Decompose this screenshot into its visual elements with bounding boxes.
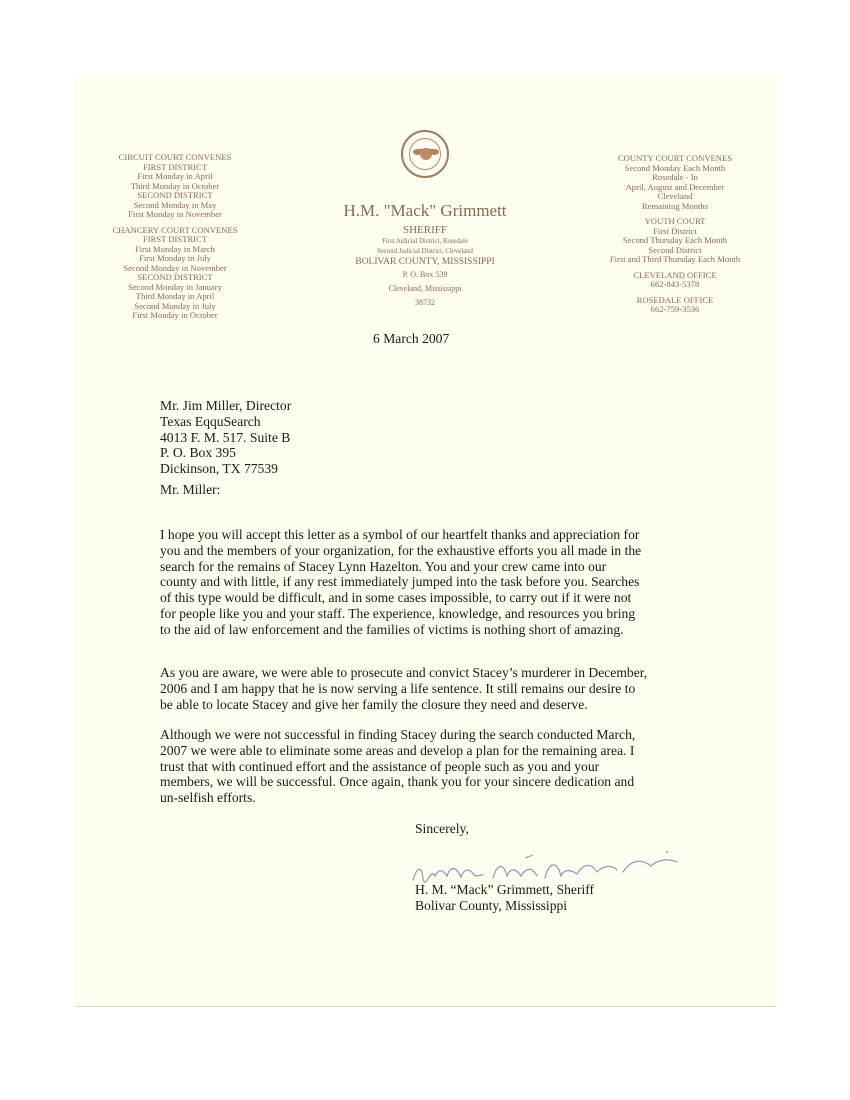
lh-line: First and Third Thursday Each Month bbox=[595, 255, 755, 265]
salutation: Mr. Miller: bbox=[160, 482, 220, 498]
closing: Sincerely, bbox=[415, 821, 469, 837]
po-box: P. O. Box 539 bbox=[305, 268, 545, 281]
body-paragraph-3: Although we were not successful in findi… bbox=[160, 727, 700, 806]
sheriff-title: SHERIFF bbox=[305, 224, 545, 236]
circuit-court-block: CIRCUIT COURT CONVENES FIRST DISTRICT Fi… bbox=[100, 153, 250, 220]
recipient-address: Mr. Jim Miller, Director Texas EqquSearc… bbox=[160, 398, 291, 477]
cleveland-office-block: CLEVELAND OFFICE 662-843-5378 bbox=[595, 271, 755, 290]
body-paragraph-2: As you are aware, we were able to prosec… bbox=[160, 665, 700, 712]
district-line-2: Second Judicial District, Cleveland bbox=[305, 248, 545, 256]
body-paragraph-1: I hope you will accept this letter as a … bbox=[160, 527, 700, 638]
lh-line: First Monday in October bbox=[100, 311, 250, 321]
chancery-court-block: CHANCERY COURT CONVENES FIRST DISTRICT F… bbox=[100, 226, 250, 321]
youth-court-block: YOUTH COURT First District Second Thursd… bbox=[595, 217, 755, 265]
district-line-1: First Judicial District, Rosedale bbox=[305, 238, 545, 246]
phone-number: 662-759-3536 bbox=[595, 305, 755, 315]
county-line: BOLIVAR COUNTY, MISSISSIPPI bbox=[305, 257, 545, 267]
letterhead-right-column: COUNTY COURT CONVENES Second Monday Each… bbox=[595, 154, 755, 321]
letter-page: CIRCUIT COURT CONVENES FIRST DISTRICT Fi… bbox=[75, 75, 776, 1006]
sheriff-name: H.M. "Mack" Grimmett bbox=[305, 201, 545, 221]
phone-number: 662-843-5378 bbox=[595, 280, 755, 290]
address-line: Mr. Jim Miller, Director bbox=[160, 398, 291, 414]
address-line: Dickinson, TX 77539 bbox=[160, 461, 291, 477]
county-court-block: COUNTY COURT CONVENES Second Monday Each… bbox=[595, 154, 755, 211]
lh-line: Remaining Months bbox=[595, 202, 755, 212]
address-line: P. O. Box 395 bbox=[160, 445, 291, 461]
signature-block: H. M. “Mack” Grimmett, Sheriff Bolivar C… bbox=[415, 882, 594, 914]
city: Cleveland, Mississippi bbox=[305, 282, 545, 295]
letter-date: 6 March 2007 bbox=[373, 331, 449, 347]
address-line: Texas EqquSearch bbox=[160, 414, 291, 430]
signer-name: H. M. “Mack” Grimmett, Sheriff bbox=[415, 882, 594, 898]
letterhead-center: H.M. "Mack" Grimmett SHERIFF First Judic… bbox=[305, 130, 545, 309]
letterhead-left-column: CIRCUIT COURT CONVENES FIRST DISTRICT Fi… bbox=[100, 153, 250, 327]
signer-org: Bolivar County, Mississippi bbox=[415, 898, 594, 914]
zip: 38732 bbox=[305, 296, 545, 309]
rosedale-office-block: ROSEDALE OFFICE 662-759-3536 bbox=[595, 296, 755, 315]
state-seal-icon bbox=[401, 130, 449, 178]
lh-line: First Monday in November bbox=[100, 210, 250, 220]
address-line: 4013 F. M. 517. Suite B bbox=[160, 430, 291, 446]
